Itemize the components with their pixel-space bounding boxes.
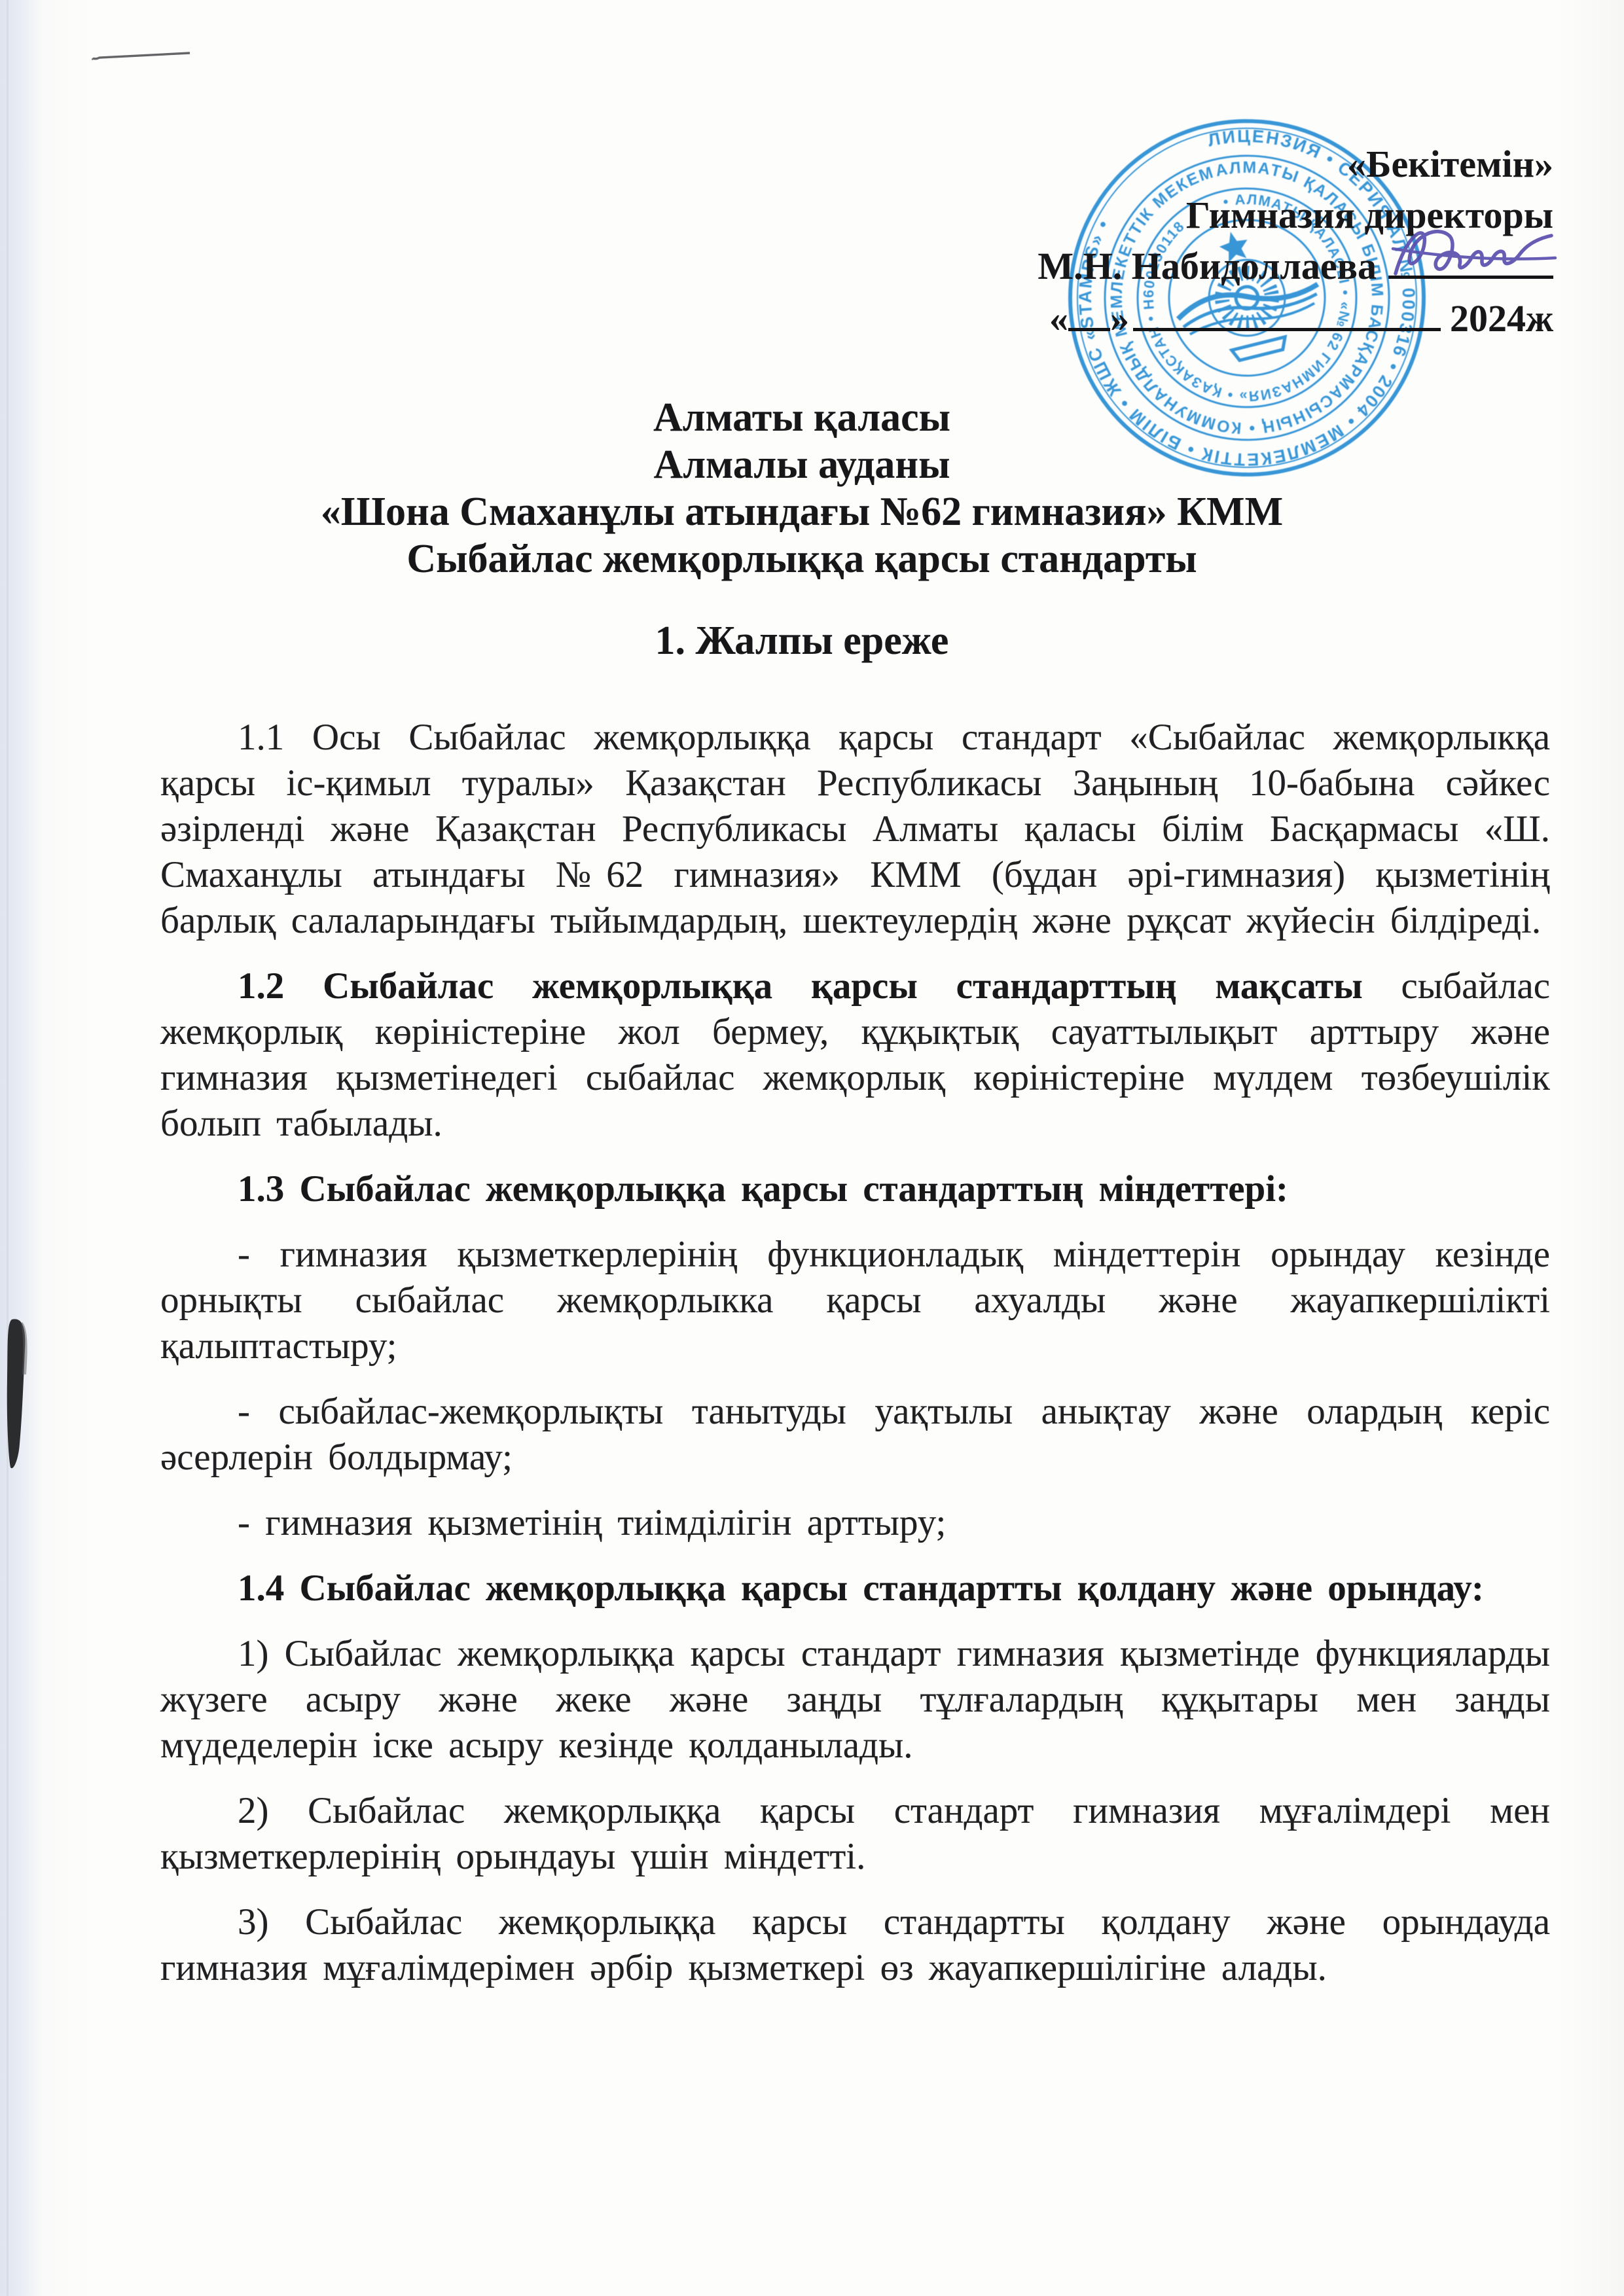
paragraph-1-2-lead: 1.2 Сыбайлас жемқорлыққа қарсы стандартт… <box>238 965 1363 1007</box>
paragraph-1-1: 1.1 Осы Сыбайлас жемқорлыққа қарсы станд… <box>160 715 1550 944</box>
date-month-blank <box>1133 299 1441 331</box>
document-body: 1.1 Осы Сыбайлас жемқорлыққа қарсы станд… <box>160 715 1550 1991</box>
date-open-quote: « <box>1049 297 1068 340</box>
apply-item-1: 1) Сыбайлас жемқорлыққа қарсы стандарт г… <box>160 1631 1550 1768</box>
scan-artifact-blob <box>3 1316 34 1473</box>
task-item-1: - гимназия қызметкерлерінің функционлады… <box>160 1232 1550 1369</box>
scan-edge-line <box>7 0 9 2296</box>
date-close-quote: » <box>1110 297 1129 340</box>
heading-1-3: 1.3 Сыбайлас жемқорлыққа қарсы стандартт… <box>160 1166 1550 1212</box>
date-year: 2024ж <box>1450 297 1553 340</box>
heading-1-4: 1.4 Сыбайлас жемқорлыққа қарсы стандартт… <box>160 1566 1550 1611</box>
paragraph-1-2: 1.2 Сыбайлас жемқорлыққа қарсы стандартт… <box>160 963 1550 1147</box>
title-school: «Шона Смаханұлы атындағы №62 гимназия» К… <box>118 488 1486 535</box>
title-block: Алматы қаласы Алмалы ауданы «Шона Смахан… <box>118 394 1486 583</box>
title-doc-name: Сыбайлас жемқорлыққа қарсы стандарты <box>118 535 1486 583</box>
date-day-blank <box>1068 299 1110 331</box>
director-name: М.Н. Набидоллаева <box>1038 245 1377 287</box>
scan-artifact-line <box>92 51 194 60</box>
task-item-2: - сыбайлас-жемқорлықты танытуды уақтылы … <box>160 1389 1550 1480</box>
scanned-document-page: ЛИЦЕНЗИЯ • СЕРИЯ АЛ № 000316 • 2004 • МЕ… <box>0 0 1624 2296</box>
title-city: Алматы қаласы <box>118 394 1486 441</box>
apply-item-2: 2) Сыбайлас жемқорлыққа қарсы стандарт г… <box>160 1788 1550 1880</box>
approval-date-line: «»2024ж <box>1038 293 1553 344</box>
approve-word: «Бекітемін» <box>1038 139 1553 190</box>
task-item-3: - гимназия қызметінің тиімділігін арттыр… <box>160 1500 1550 1546</box>
title-district: Алмалы ауданы <box>118 441 1486 488</box>
section-1-heading: 1. Жалпы ереже <box>118 618 1486 664</box>
apply-item-3: 3) Сыбайлас жемқорлыққа қарсы стандартты… <box>160 1899 1550 1991</box>
director-signature-icon <box>1386 216 1562 295</box>
